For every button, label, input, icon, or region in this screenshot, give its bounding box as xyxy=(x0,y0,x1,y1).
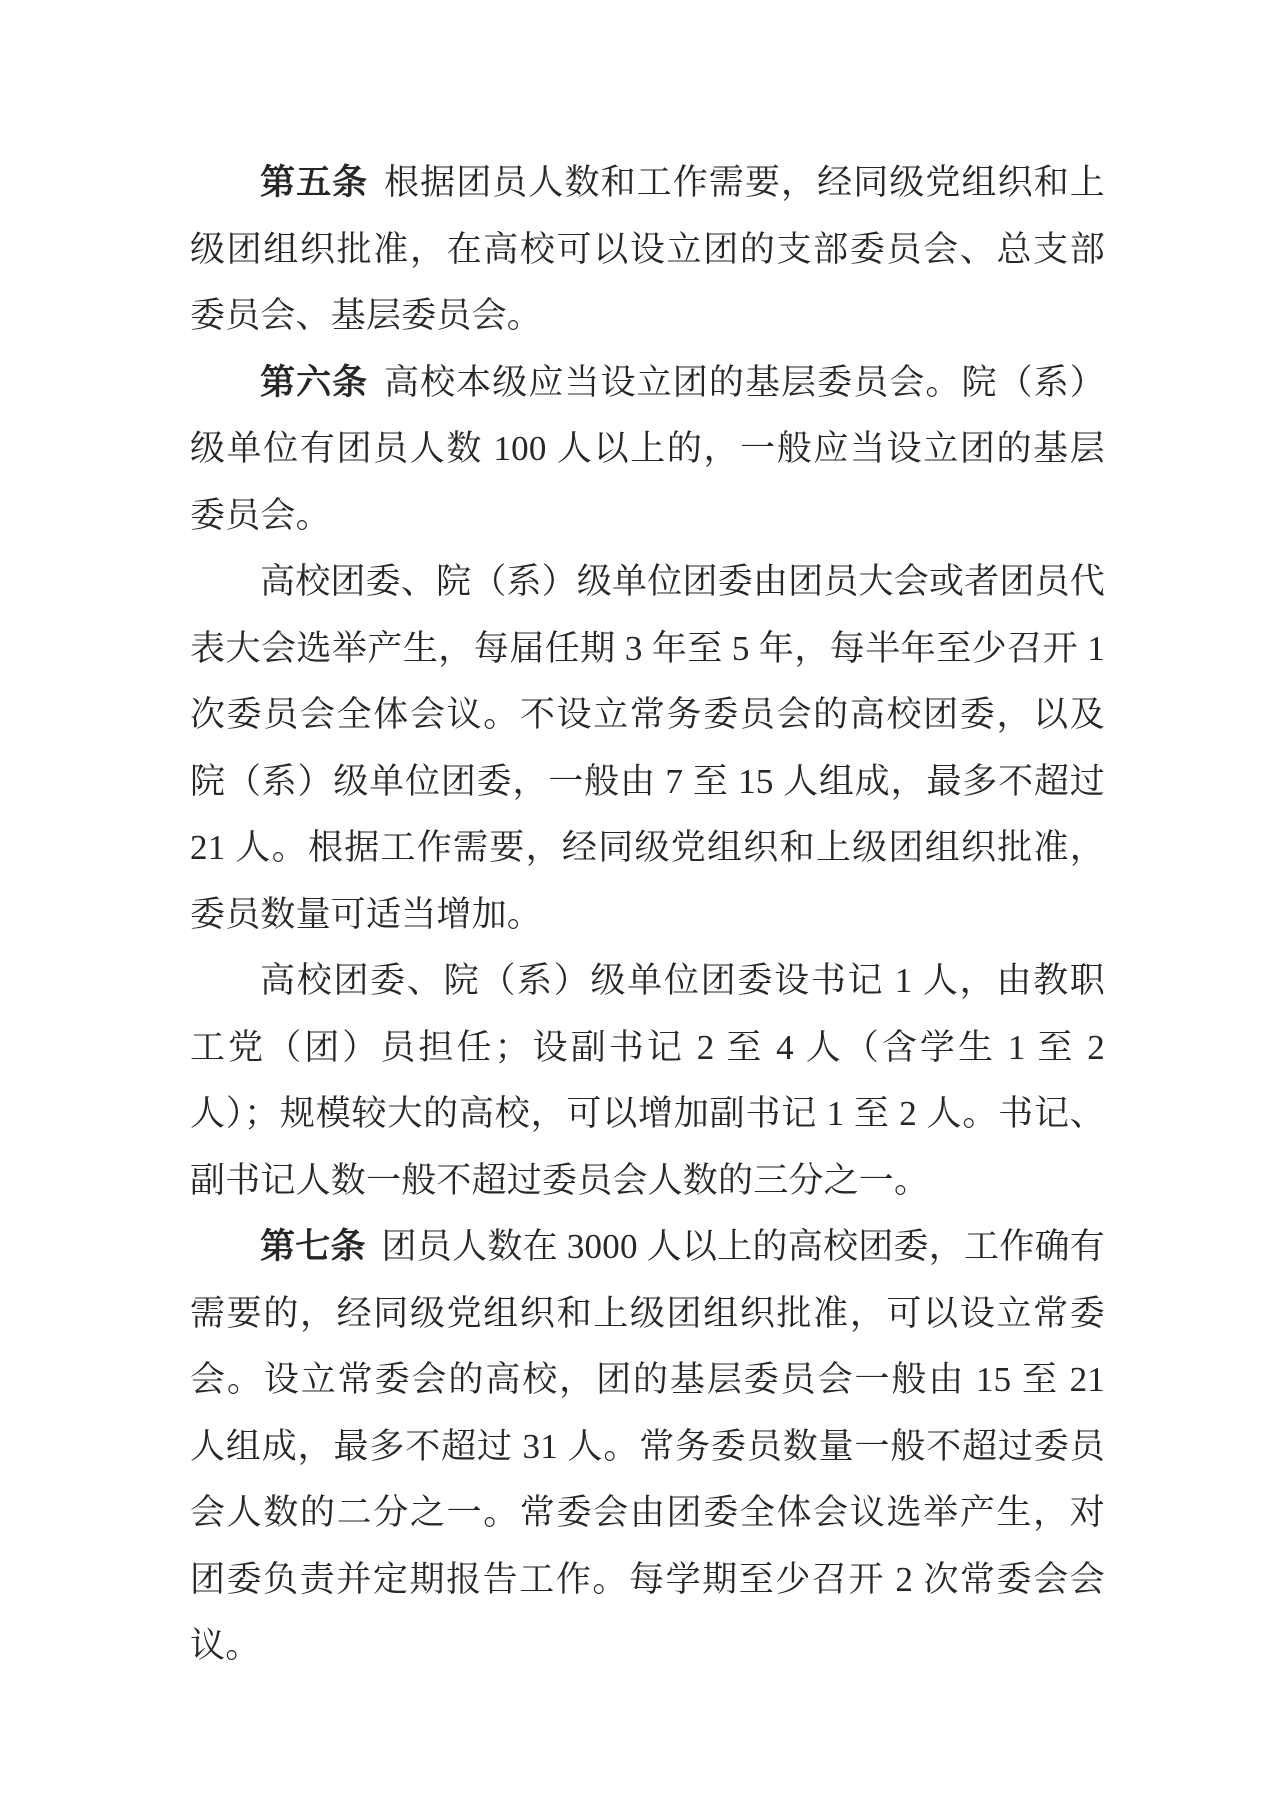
paragraph-article-5: 第五条根据团员人数和工作需要，经同级党组织和上级团组织批准，在高校可以设立团的支… xyxy=(190,150,1105,350)
document-page: 第五条根据团员人数和工作需要，经同级党组织和上级团组织批准，在高校可以设立团的支… xyxy=(0,0,1279,1810)
article-7-label: 第七条 xyxy=(260,1227,366,1266)
paragraph-committee-election: 高校团委、院（系）级单位团委由团员大会或者团员代表大会选举产生，每届任期 3 年… xyxy=(190,549,1105,948)
committee-election-text: 高校团委、院（系）级单位团委由团员大会或者团员代表大会选举产生，每届任期 3 年… xyxy=(190,562,1105,934)
secretary-setup-text: 高校团委、院（系）级单位团委设书记 1 人，由教职工党（团）员担任；设副书记 2… xyxy=(190,961,1105,1200)
paragraph-article-6: 第六条高校本级应当设立团的基层委员会。院（系）级单位有团员人数 100 人以上的… xyxy=(190,350,1105,550)
article-7-text: 团员人数在 3000 人以上的高校团委，工作确有需要的，经同级党组织和上级团组织… xyxy=(190,1227,1105,1665)
article-6-label: 第六条 xyxy=(260,363,368,402)
document-body: 第五条根据团员人数和工作需要，经同级党组织和上级团组织批准，在高校可以设立团的支… xyxy=(190,150,1105,1680)
paragraph-secretary-setup: 高校团委、院（系）级单位团委设书记 1 人，由教职工党（团）员担任；设副书记 2… xyxy=(190,948,1105,1214)
paragraph-article-7: 第七条团员人数在 3000 人以上的高校团委，工作确有需要的，经同级党组织和上级… xyxy=(190,1214,1105,1680)
article-5-label: 第五条 xyxy=(260,163,368,202)
